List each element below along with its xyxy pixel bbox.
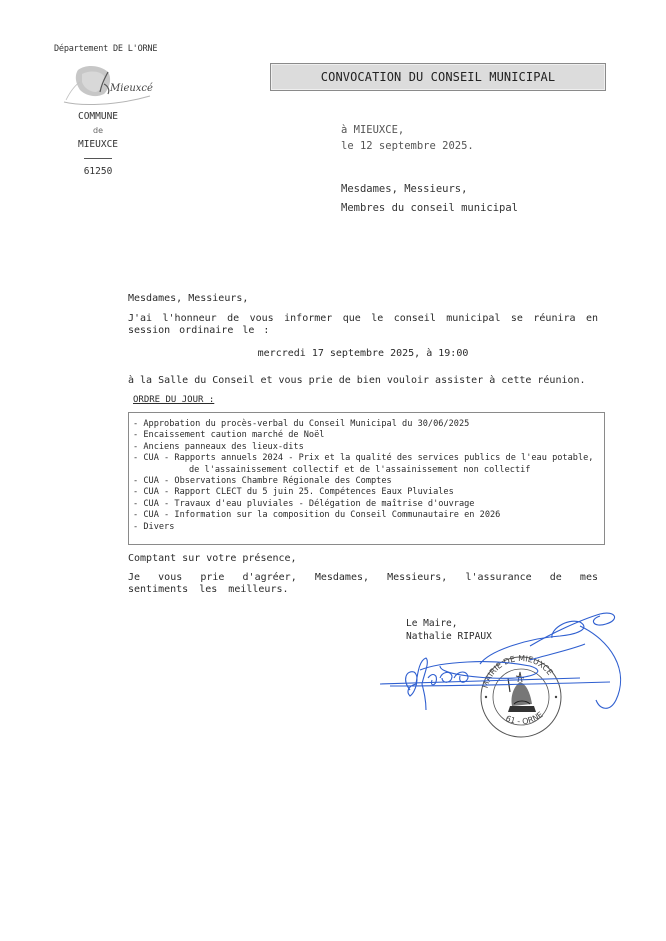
commune-name: MIEUXCE <box>60 138 136 152</box>
mieuxce-logo-icon: Mieuxcé <box>60 62 160 108</box>
commune-label: COMMUNE <box>60 110 136 124</box>
agenda-item: - Encaissement caution marché de Noël <box>133 430 598 441</box>
greeting: Mesdames, Messieurs, <box>128 293 598 305</box>
postal-code: 61250 <box>60 165 136 179</box>
agenda-item: - CUA - Information sur la composition d… <box>133 510 598 521</box>
agenda-item: - Anciens panneaux des lieux-dits <box>133 442 598 453</box>
mairie-stamp-icon: MAIRIE DE MIEUXCE 61 - ORNE <box>481 654 561 737</box>
document-title: CONVOCATION DU CONSEIL MUNICIPAL <box>270 63 606 91</box>
agenda-item: - Divers <box>133 522 598 533</box>
intro-paragraph: J'ai l'honneur de vous informer que le c… <box>128 313 598 337</box>
agenda-item: - CUA - Observations Chambre Régionale d… <box>133 476 598 487</box>
place: à MIEUXCE, <box>341 122 474 138</box>
commune-logo: Mieuxcé <box>60 62 160 108</box>
date: le 12 septembre 2025. <box>341 138 474 154</box>
signature-and-stamp: MAIRIE DE MIEUXCE 61 - ORNE <box>380 600 640 770</box>
svg-text:Mieuxcé: Mieuxcé <box>109 83 153 94</box>
agenda-box: - Approbation du procès-verbal du Consei… <box>128 412 605 545</box>
closing-line-1: Comptant sur votre présence, <box>128 553 598 565</box>
svg-text:61 - ORNE: 61 - ORNE <box>504 710 545 726</box>
commune-de: de <box>60 124 136 138</box>
agenda-item: - Approbation du procès-verbal du Consei… <box>133 419 598 430</box>
agenda-item: - CUA - Rapport CLECT du 5 juin 25. Comp… <box>133 487 598 498</box>
commune-divider <box>84 158 112 159</box>
recipients-line-1: Mesdames, Messieurs, <box>341 180 518 199</box>
recipients-line-2: Membres du conseil municipal <box>341 199 518 218</box>
commune-block: COMMUNE de MIEUXCE 61250 <box>60 110 136 179</box>
place-date: à MIEUXCE, le 12 septembre 2025. <box>341 122 474 154</box>
recipients: Mesdames, Messieurs, Membres du conseil … <box>341 180 518 218</box>
agenda-item-continuation: de l'assainissement collectif et de l'as… <box>133 465 598 476</box>
venue-paragraph: à la Salle du Conseil et vous prie de bi… <box>128 375 598 387</box>
closing-line-2: Je vous prie d'agréer, Mesdames, Messieu… <box>128 572 598 596</box>
document-title-text: CONVOCATION DU CONSEIL MUNICIPAL <box>321 70 555 84</box>
agenda-item: - CUA - Rapports annuels 2024 - Prix et … <box>133 453 598 476</box>
agenda-label: ORDRE DU JOUR : <box>133 395 214 405</box>
meeting-datetime: mercredi 17 septembre 2025, à 19:00 <box>128 348 598 359</box>
agenda-item: - CUA - Travaux d'eau pluviales - Déléga… <box>133 499 598 510</box>
department-label: Département DE L'ORNE <box>54 44 157 54</box>
